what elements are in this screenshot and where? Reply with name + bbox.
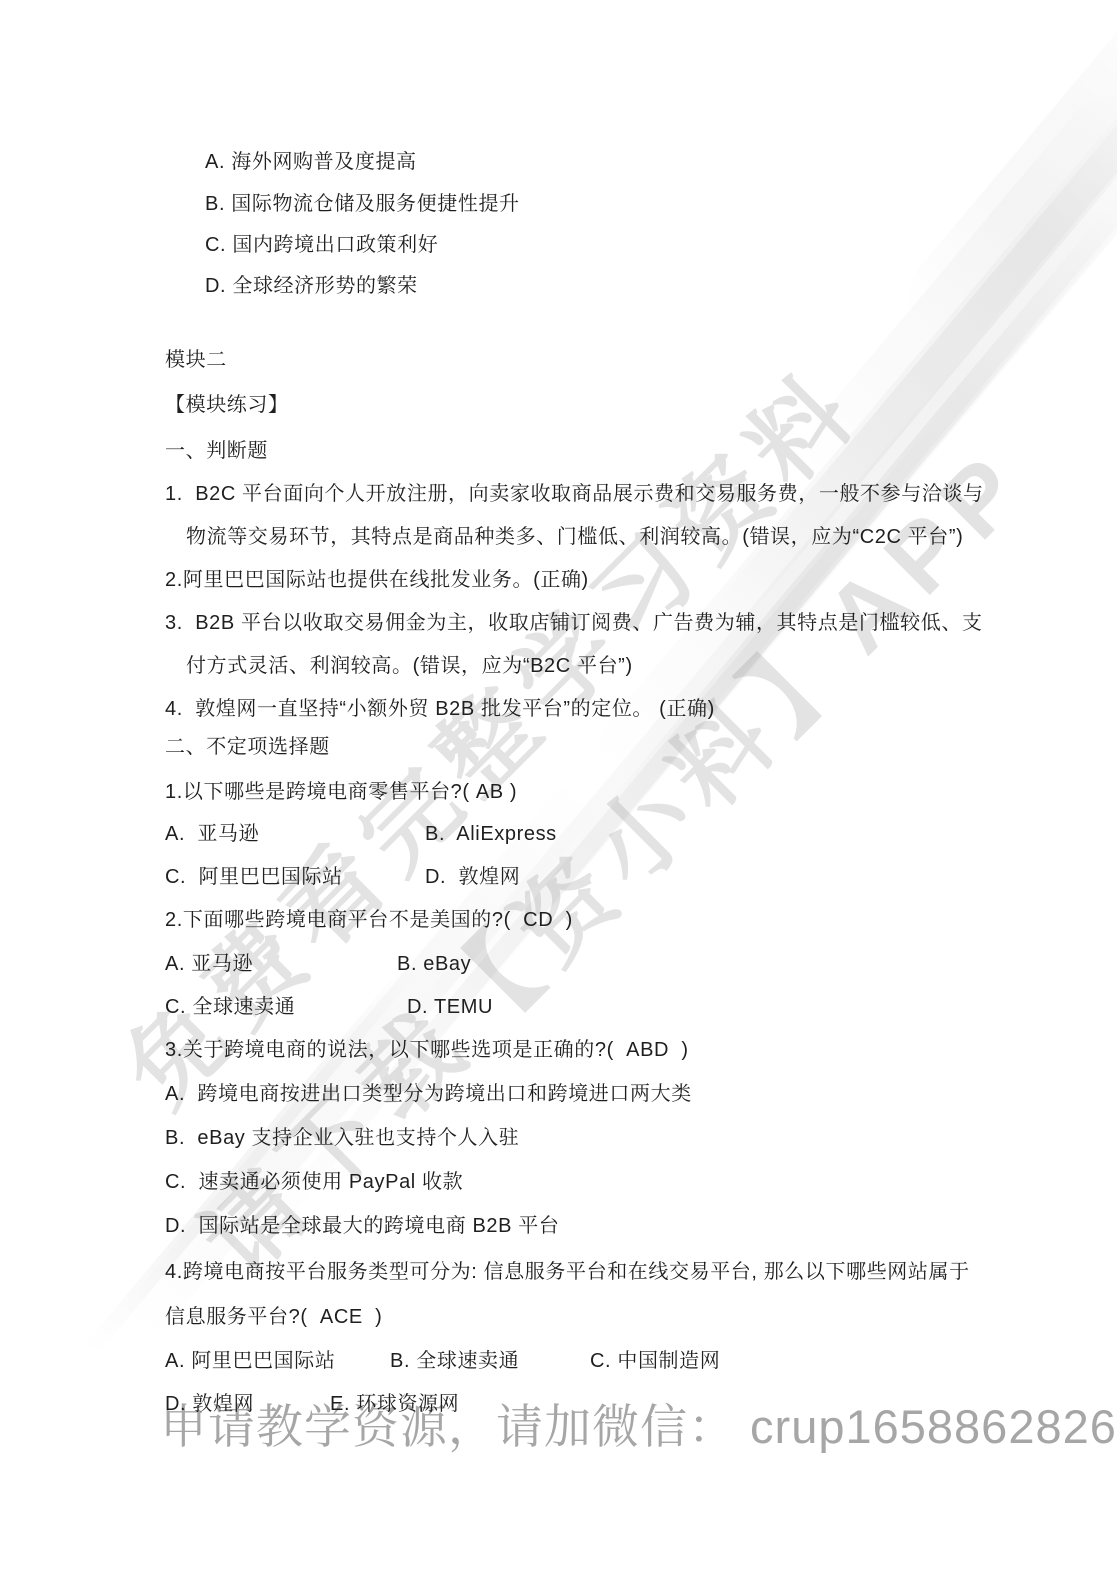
mc-q3-option-a: A. 跨境电商按进出口类型分为跨境出口和跨境进口两大类 bbox=[165, 1080, 692, 1108]
mc-q4-option-d: D. 敦煌网 bbox=[165, 1390, 254, 1418]
mc-q1-option-b: B. AliExpress bbox=[425, 820, 557, 848]
judgment-q2: 2.阿里巴巴国际站也提供在线批发业务。(正确) bbox=[165, 566, 589, 594]
mc-q1-option-d: D. 敦煌网 bbox=[425, 863, 520, 891]
judgment-q4: 4. 敦煌网一直坚持“小额外贸 B2B 批发平台”的定位。 (正确) bbox=[165, 695, 715, 723]
mc-q3-option-b: B. eBay 支持企业入驻也支持个人入驻 bbox=[165, 1124, 519, 1152]
practice-label: 【模块练习】 bbox=[165, 391, 289, 419]
mc-q1-stem: 1.以下哪些是跨境电商零售平台?( AB ) bbox=[165, 778, 517, 806]
mc-q4-option-b: B. 全球速卖通 bbox=[390, 1347, 519, 1375]
mc-q2-option-c: C. 全球速卖通 bbox=[165, 993, 295, 1021]
mc-q1-option-a: A. 亚马逊 bbox=[165, 820, 259, 848]
mc-q3-option-d: D. 国际站是全球最大的跨境电商 B2B 平台 bbox=[165, 1212, 559, 1240]
mc-heading: 二、不定项选择题 bbox=[165, 733, 330, 761]
mc-q4-option-c: C. 中国制造网 bbox=[590, 1347, 720, 1375]
prev-option-b: B. 国际物流仓储及服务便捷性提升 bbox=[205, 190, 520, 218]
mc-q4-stem-line2: 信息服务平台?( ACE ) bbox=[165, 1303, 382, 1331]
mc-q3-option-c: C. 速卖通必须使用 PayPal 收款 bbox=[165, 1168, 463, 1196]
mc-q2-stem: 2.下面哪些跨境电商平台不是美国的?( CD ) bbox=[165, 906, 573, 934]
prev-option-a: A. 海外网购普及度提高 bbox=[205, 148, 417, 176]
prev-option-d: D. 全球经济形势的繁荣 bbox=[205, 272, 418, 300]
document-page: 免费看完整学习资料 请下载【资小料】APP 申请教学资源，请加微信： crup1… bbox=[0, 0, 1117, 1579]
judgment-q3-line1: 3. B2B 平台以收取交易佣金为主，收取店铺订阅费、广告费为辅，其特点是门槛较… bbox=[165, 609, 983, 637]
mc-q4-option-a: A. 阿里巴巴国际站 bbox=[165, 1347, 335, 1375]
mc-q1-option-c: C. 阿里巴巴国际站 bbox=[165, 863, 343, 891]
prev-option-c: C. 国内跨境出口政策利好 bbox=[205, 231, 438, 259]
document-content: A. 海外网购普及度提高 B. 国际物流仓储及服务便捷性提升 C. 国内跨境出口… bbox=[0, 0, 1117, 1579]
judgment-q1-line2: 物流等交易环节，其特点是商品种类多、门槛低、利润较高。(错误，应为“C2C 平台… bbox=[186, 523, 963, 551]
mc-q2-option-d: D. TEMU bbox=[407, 993, 493, 1021]
mc-q4-option-e: E. 环球资源网 bbox=[330, 1390, 459, 1418]
judgment-q3-line2: 付方式灵活、利润较高。(错误，应为“B2C 平台”) bbox=[186, 652, 633, 680]
mc-q2-option-a: A. 亚马逊 bbox=[165, 950, 253, 978]
mc-q2-option-b: B. eBay bbox=[397, 950, 471, 978]
mc-q4-stem-line1: 4.跨境电商按平台服务类型可分为: 信息服务平台和在线交易平台, 那么以下哪些网… bbox=[165, 1258, 970, 1286]
mc-q3-stem: 3.关于跨境电商的说法，以下哪些选项是正确的?( ABD ) bbox=[165, 1036, 689, 1064]
module-title: 模块二 bbox=[165, 346, 227, 374]
judgment-q1-line1: 1. B2C 平台面向个人开放注册，向卖家收取商品展示费和交易服务费，一般不参与… bbox=[165, 480, 984, 508]
judgment-heading: 一、判断题 bbox=[165, 437, 268, 465]
